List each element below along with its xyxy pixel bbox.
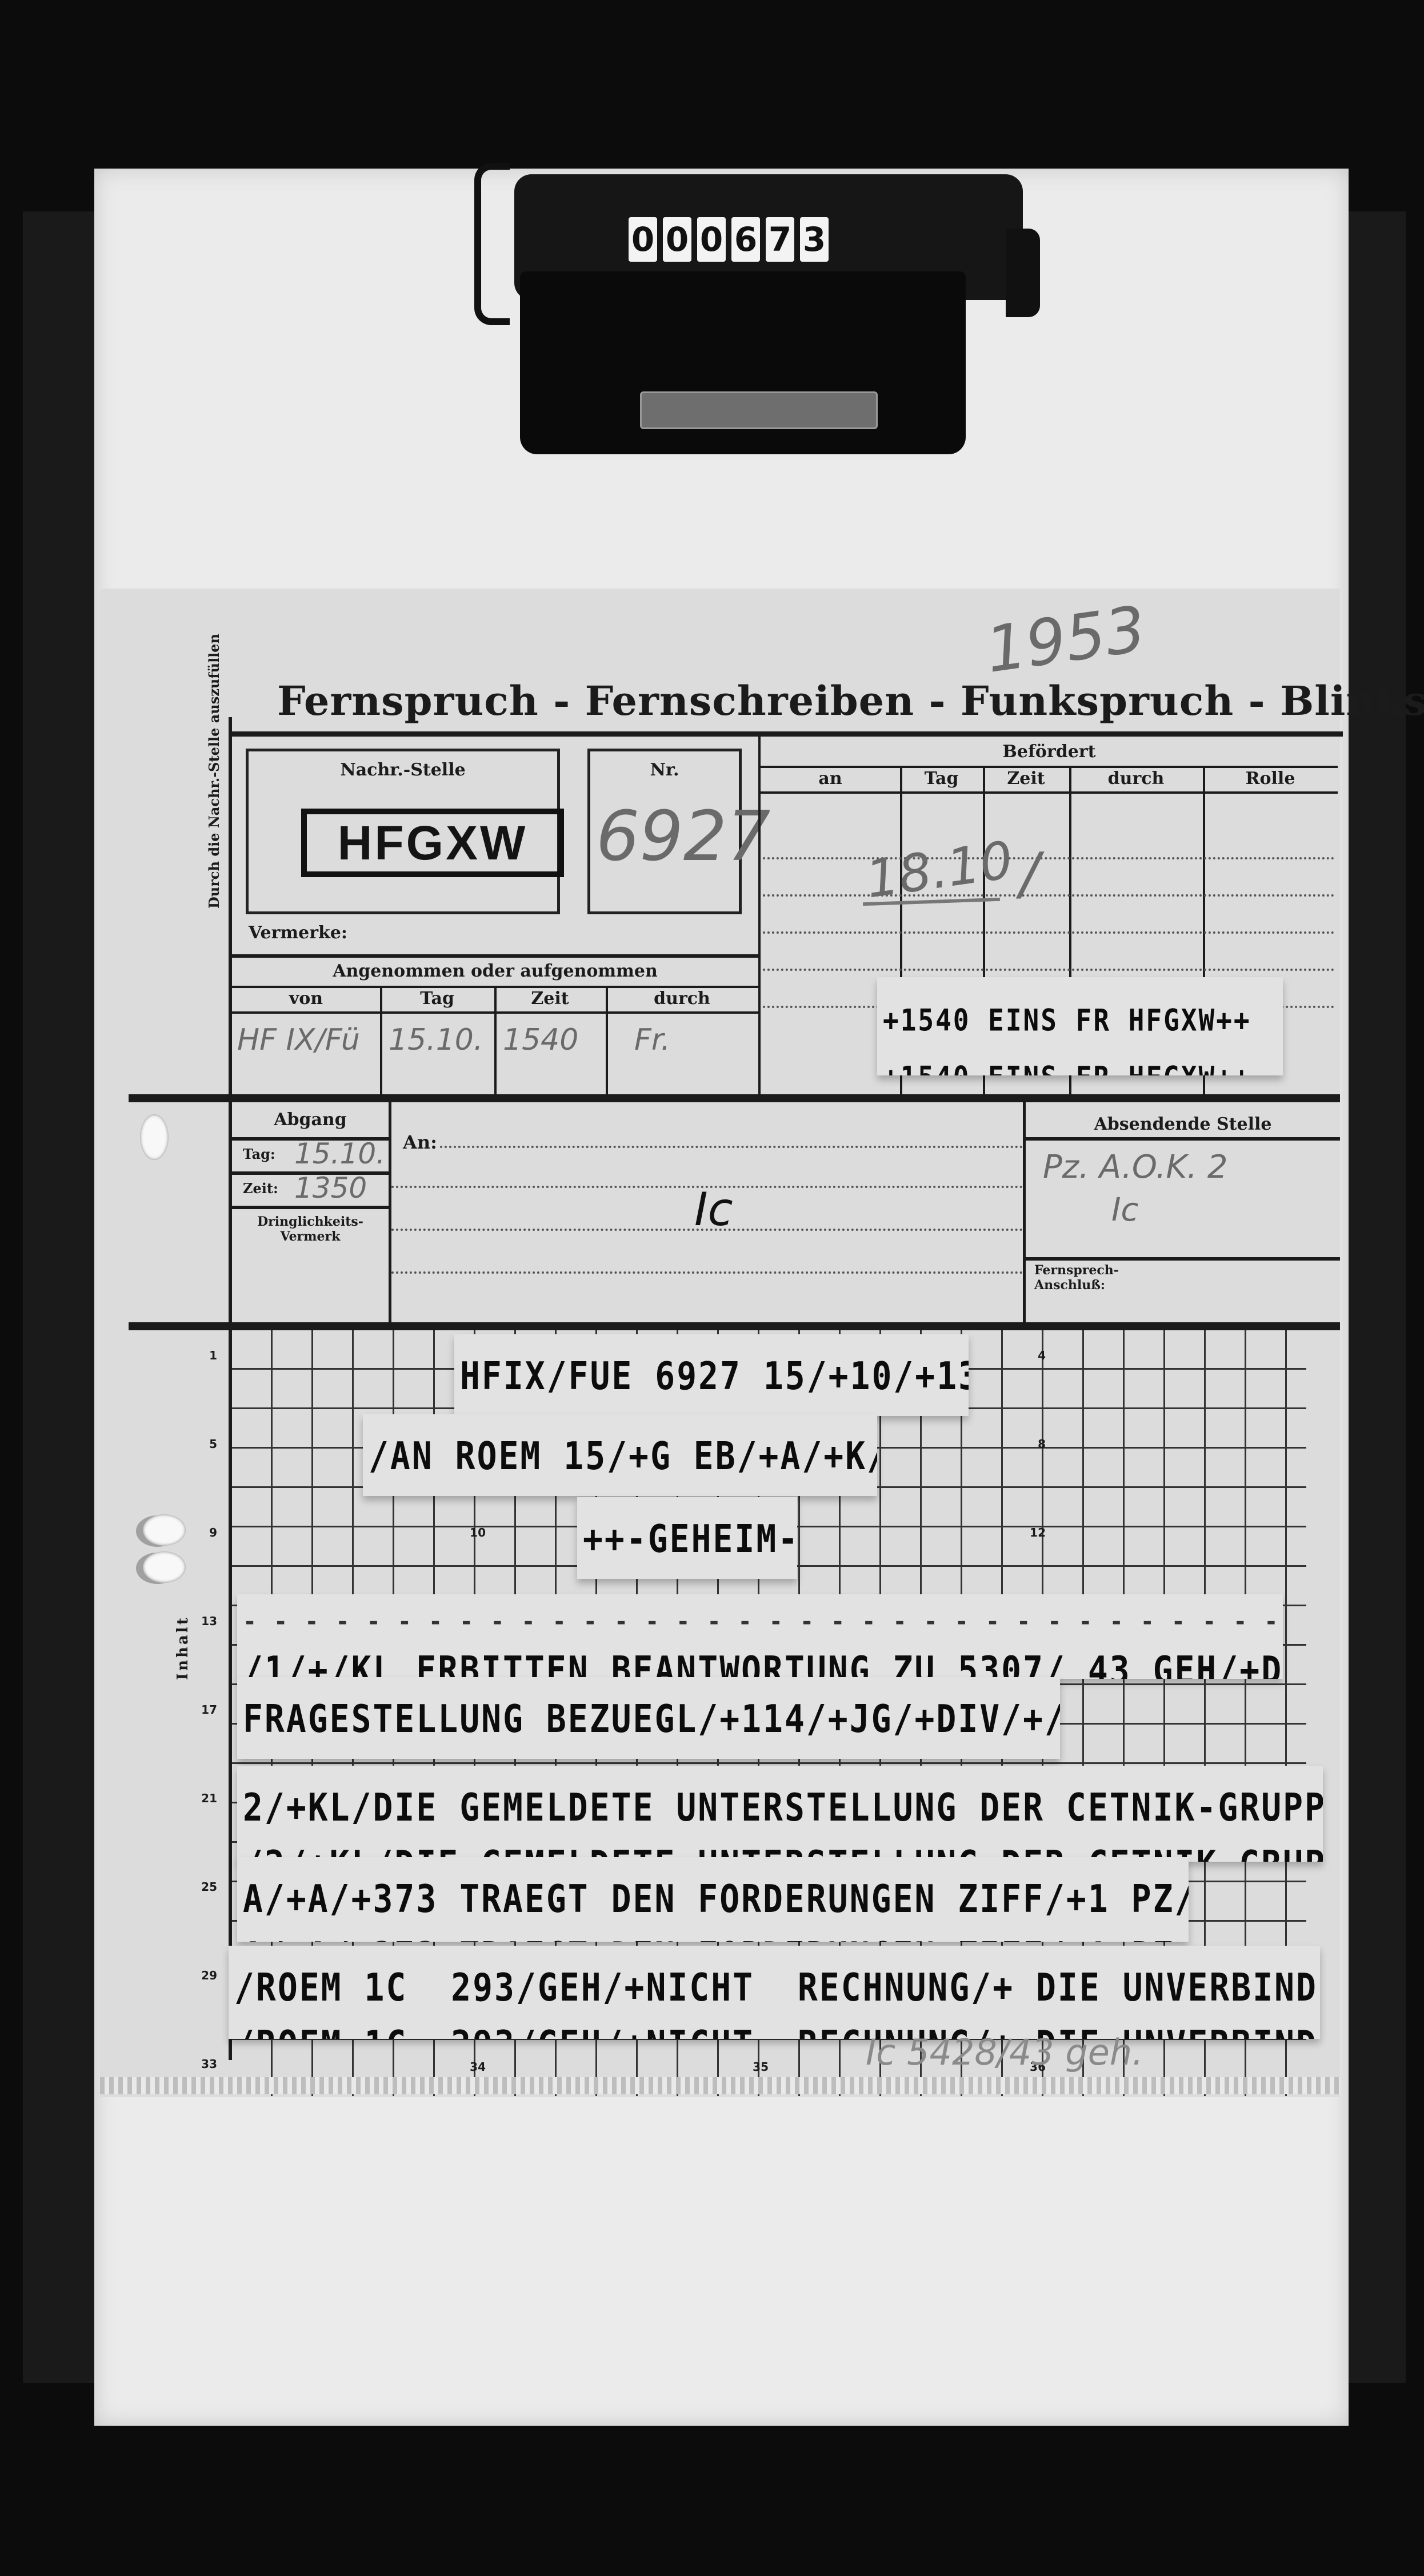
- dotted-line: [763, 894, 1334, 897]
- angenommen-von: HF IX/Fü: [237, 1023, 360, 1057]
- dotted-line: [763, 969, 1334, 971]
- grid-number: 34: [463, 2060, 486, 2074]
- col-durch: durch: [1069, 769, 1203, 789]
- rule: [1026, 1257, 1340, 1261]
- absendende-stelle-value-2: Ic: [1111, 1191, 1138, 1229]
- row-number: 1: [194, 1349, 217, 1362]
- tape-line: /1/+/KL ERBITTEN BEANTWORTUNG ZU 5307/ 4…: [243, 1650, 1277, 1679]
- row-number: 5: [194, 1437, 217, 1451]
- counter-knob: [1006, 229, 1040, 317]
- inhalt-label: Inhalt: [174, 1615, 191, 1680]
- befoerdert-header: Befördert: [761, 742, 1338, 762]
- tape-line: A/+A/+373 TRAEGT DEN FORDERUNGEN ZIFF/+1…: [243, 1878, 1183, 1919]
- counter-digits: 0 0 0 6 7 3: [629, 217, 829, 262]
- abgang-header: Abgang: [232, 1110, 389, 1130]
- rule: [761, 766, 1338, 768]
- counter-cable: [474, 163, 510, 325]
- nr-box: Nr. 6927: [587, 749, 742, 914]
- dotted-line: [440, 1146, 1023, 1148]
- tape-line: FRAGESTELLUNG BEZUEGL/+114/+JG/+DIV/+/: [243, 1755, 1054, 1759]
- rule: [129, 1094, 1340, 1102]
- grid-number: 10: [463, 1526, 486, 1539]
- befoerdert-zeit-mark: /: [1020, 840, 1039, 907]
- abgang-tag-value: 15.10.: [294, 1137, 385, 1170]
- angenommen-header: Angenommen oder aufgenommen: [232, 961, 758, 981]
- row-number: 13: [194, 1614, 217, 1628]
- rule: [389, 1102, 391, 1322]
- angenommen-zeit: 1540: [503, 1023, 578, 1057]
- col-rolle: Rolle: [1203, 769, 1338, 789]
- befoerdert-tape: +1540 EINS FR HFGXW++ +1540 EINS FR HFGX…: [877, 977, 1283, 1075]
- punch-hole: [140, 1114, 169, 1160]
- counter-digit: 6: [731, 217, 760, 262]
- counter-digit: 3: [800, 217, 829, 262]
- abgang-zeit-label: Zeit:: [243, 1180, 278, 1197]
- angenommen-tag: 15.10.: [389, 1023, 483, 1057]
- abgang-tag-label: Tag:: [243, 1146, 275, 1162]
- row-number: 25: [194, 1880, 217, 1894]
- an-value: Ic: [694, 1183, 733, 1236]
- absendende-stelle-header: Absendende Stelle: [1026, 1114, 1340, 1134]
- tape-line: A/+A/+373 TRAEGT DEN FORDERUNGEN ZIFF/+1…: [243, 1935, 1183, 1942]
- tape-line: +1540 EINS FR HFGXW++: [883, 999, 1277, 1040]
- annotation-year: 1953: [981, 592, 1150, 687]
- row-number: 29: [194, 1969, 217, 1982]
- angenommen-durch: Fr.: [634, 1023, 670, 1057]
- message-tape: /AN ROEM 15/+G EB/+A/+K/+/// /AN ROEM 15…: [363, 1414, 877, 1496]
- message-tape: - - - - - - - - - - - - - - - - - - - - …: [237, 1594, 1283, 1679]
- tape-line: /AN ROEM 15/+G EB/+A/+K/+///: [369, 1493, 871, 1496]
- dringlichkeit-label: Dringlichkeits-Vermerk: [232, 1214, 389, 1244]
- tape-line: /ROEM 1C 293/GEH/+NICHT RECHNUNG/+ DIE U…: [234, 2024, 1314, 2039]
- rule: [232, 954, 758, 958]
- row-number: 21: [194, 1791, 217, 1805]
- torn-edge: [100, 2077, 1340, 2094]
- tape-ghost-line: - - - - - - - - - - - - - - - - - - - - …: [243, 1618, 1277, 1631]
- counter-digit: 0: [663, 217, 691, 262]
- station-stamp: HFGXW: [301, 809, 564, 877]
- message-tape: HFIX/FUE 6927 15/+10/+1350/ HFIX/FUE 692…: [454, 1334, 969, 1416]
- form-title: Fernspruch - Fernschreiben - Funkspruch …: [277, 677, 1424, 725]
- rule: [1026, 1137, 1340, 1141]
- grid-number: 12: [1023, 1526, 1046, 1539]
- col-von: von: [232, 989, 380, 1009]
- col-tag: Tag: [900, 769, 983, 789]
- punch-hole: [143, 1514, 186, 1546]
- tape-line: /AN ROEM 15/+G EB/+A/+K/+///: [369, 1435, 871, 1476]
- grid-number: 35: [746, 2060, 769, 2074]
- nr-label: Nr.: [590, 760, 739, 780]
- message-form: 1953 Fernspruch - Fernschreiben - Funksp…: [100, 589, 1340, 2097]
- rule: [1023, 1102, 1026, 1322]
- grid-number: 8: [1023, 1437, 1046, 1451]
- counter-digit: 0: [697, 217, 726, 262]
- counter-digit: 7: [766, 217, 794, 262]
- rule: [232, 1206, 389, 1209]
- tape-line: +1540 EINS FR HFGXW++: [883, 1057, 1277, 1075]
- nachr-stelle-label: Nachr.-Stelle: [249, 760, 557, 780]
- nr-value: 6927: [596, 797, 770, 877]
- frame-counter: 0 0 0 6 7 3: [497, 140, 1040, 460]
- dotted-line: [763, 857, 1334, 859]
- rule: [229, 731, 1343, 737]
- rule: [129, 1322, 1340, 1330]
- message-tape: ++-GEHEIM-. ++-GEHEIM-.: [577, 1497, 797, 1579]
- an-label: An:: [403, 1131, 437, 1153]
- counter-digit: 0: [629, 217, 657, 262]
- rule: [761, 791, 1338, 794]
- absendende-stelle-value: Pz. A.O.K. 2: [1043, 1149, 1227, 1186]
- col-an: an: [761, 769, 900, 789]
- col-zeit: Zeit: [494, 989, 606, 1009]
- footer-annotation: Ic 5428/43 geh.: [866, 2031, 1143, 2073]
- col-durch: durch: [606, 989, 758, 1009]
- row-number: 33: [194, 2057, 217, 2071]
- tape-line: FRAGESTELLUNG BEZUEGL/+114/+JG/+DIV/+//: [243, 1698, 1054, 1739]
- message-tape: FRAGESTELLUNG BEZUEGL/+114/+JG/+DIV/+// …: [237, 1677, 1060, 1759]
- tape-line: 2/+KL/DIE GEMELDETE UNTERSTELLUNG DER CE…: [243, 1787, 1317, 1827]
- grid-number: 4: [1023, 1349, 1046, 1362]
- vermerke-label: Vermerke:: [249, 923, 347, 943]
- abgang-zeit-value: 1350: [294, 1171, 367, 1205]
- col-zeit: Zeit: [983, 769, 1069, 789]
- col-tag: Tag: [380, 989, 494, 1009]
- message-tape: /ROEM 1C 293/GEH/+NICHT RECHNUNG/+ DIE U…: [229, 1946, 1320, 2039]
- tape-line: ++-GEHEIM-.: [583, 1575, 791, 1579]
- side-note: Durch die Nachr.-Stelle auszufüllen: [206, 634, 222, 909]
- row-number: 9: [194, 1526, 217, 1539]
- row-number: 17: [194, 1703, 217, 1717]
- punch-hole: [143, 1551, 186, 1583]
- dotted-line: [763, 931, 1334, 934]
- dotted-line: [391, 1271, 1023, 1274]
- tape-line: ++-GEHEIM-.: [583, 1518, 791, 1559]
- tape-line: /ROEM 1C 293/GEH/+NICHT RECHNUNG/+ DIE U…: [234, 1967, 1314, 2007]
- tape-line: HFIX/FUE 6927 15/+10/+1350/: [460, 1355, 963, 1396]
- message-tape: 2/+KL/DIE GEMELDETE UNTERSTELLUNG DER CE…: [237, 1766, 1323, 1862]
- counter-nameplate: [640, 391, 878, 429]
- nachr-stelle-box: Nachr.-Stelle HFGXW: [246, 749, 560, 914]
- fernsprech-label: Fernsprech-Anschluß:: [1034, 1263, 1126, 1293]
- message-tape: A/+A/+373 TRAEGT DEN FORDERUNGEN ZIFF/+1…: [237, 1857, 1189, 1942]
